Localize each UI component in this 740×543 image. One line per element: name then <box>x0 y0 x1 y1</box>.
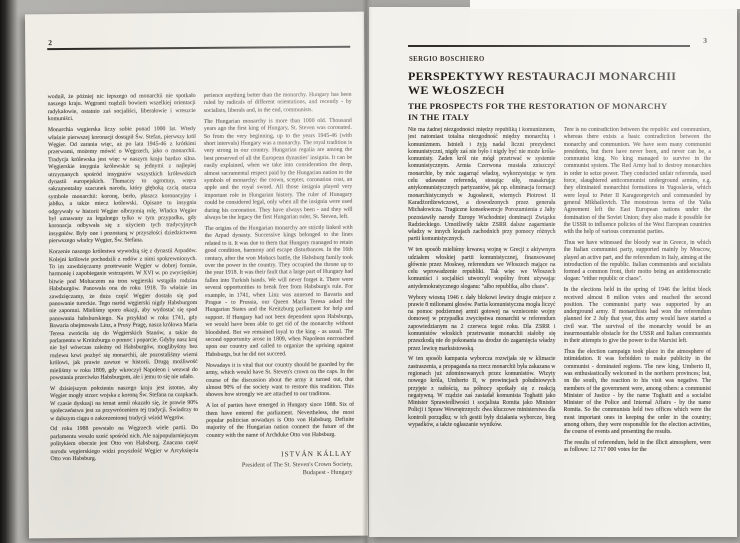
page-number-left: 2 <box>48 38 52 47</box>
page-number-right: 3 <box>703 36 707 45</box>
column-english-left-page: perience anything better than the monarc… <box>204 92 355 533</box>
page-right: 3 SERGIO BOSCHIERO PERSPEKTYWY RESTAURAC… <box>369 7 737 537</box>
paragraph: A lot of parties have emerged in Hungary… <box>206 402 354 440</box>
paragraph: Nowadays it is vital that our country sh… <box>206 361 354 399</box>
paragraph: Wybory wiosną 1946 r. dały blokowi lewic… <box>408 295 556 353</box>
text-columns-right-page: Nie ma żadnej niezgodności między republ… <box>408 127 711 533</box>
paragraph: W ten sposób mieliśmy krwawą wojnę w Gre… <box>408 247 556 291</box>
column-polish-left-page: wodnił, że później nic lepszego od monar… <box>48 93 199 534</box>
column-english-right-page: Tere is no contradiction between the rep… <box>564 127 712 533</box>
paragraph: Nie ma żadnej niezgodności między republ… <box>408 127 556 244</box>
paragraph: Thus we have witnessed the bloody war in… <box>564 240 712 284</box>
signature-place: Budapest - Hungary <box>207 469 353 478</box>
paragraph: Korzenie naszego królestwa wywodzą się z… <box>49 248 198 382</box>
paragraph: In the elections held in the spring of 1… <box>564 287 712 345</box>
paragraph: The Hungarian monarchy is more than 1000… <box>204 117 353 222</box>
text-columns-left-page: wodnił, że później nic lepszego od monar… <box>48 92 355 534</box>
scan-spine-shadow <box>0 0 18 543</box>
paragraph: Monarchia węgierska liczy sobie ponad 10… <box>48 126 197 246</box>
paragraph: perience anything better than the monarc… <box>204 92 352 115</box>
article-title: PERSPEKTYWY RESTAURACJI MONARCHIIWE WŁOS… <box>408 70 676 97</box>
article-title-line1: PERSPEKTYWY RESTAURACJI MONARCHII <box>408 69 676 83</box>
paragraph: Tere is no contradiction between the rep… <box>564 127 712 236</box>
header-rule-left <box>47 46 350 50</box>
paragraph: Od roku 1988 powstało na Węgrzech wiele … <box>50 425 198 463</box>
header-rule-right <box>408 45 690 47</box>
paragraph: The results of referendum, held in the i… <box>564 440 712 455</box>
paragraph: Thus the election campaign took place in… <box>564 349 712 437</box>
signature-block: ISTVÁN KÁLLAY President of The St. Steve… <box>206 450 354 478</box>
page-edge-highlight <box>470 0 740 9</box>
signature-author-name: ISTVÁN KÁLLAY <box>206 450 352 459</box>
scanned-journal-spread: 2 wodnił, że później nic lepszego od mon… <box>0 0 740 543</box>
article-author: SERGIO BOSCHIERO <box>409 56 485 63</box>
column-polish-right-page: Nie ma żadnej niezgodności między republ… <box>408 127 556 533</box>
paragraph: The origins of the Hungarian monarchy ar… <box>205 225 354 359</box>
paragraph: wodnił, że później nic lepszego od monar… <box>48 93 196 124</box>
paragraph: W dzisiejszym położeniu naszego kraju je… <box>50 385 198 423</box>
paragraph: W ten sposób kampania wyborcza rozwijała… <box>408 356 556 429</box>
article-title-line2: WE WŁOSZECH <box>408 83 505 97</box>
article-subtitle-line2: IN THE ITALY <box>408 112 469 122</box>
article-subtitle-line1: THE PROSPECTS FOR THE RESTORATION OF MON… <box>408 101 667 111</box>
article-subtitle: THE PROSPECTS FOR THE RESTORATION OF MON… <box>408 101 667 122</box>
page-left: 2 wodnił, że później nic lepszego od mon… <box>25 12 368 539</box>
